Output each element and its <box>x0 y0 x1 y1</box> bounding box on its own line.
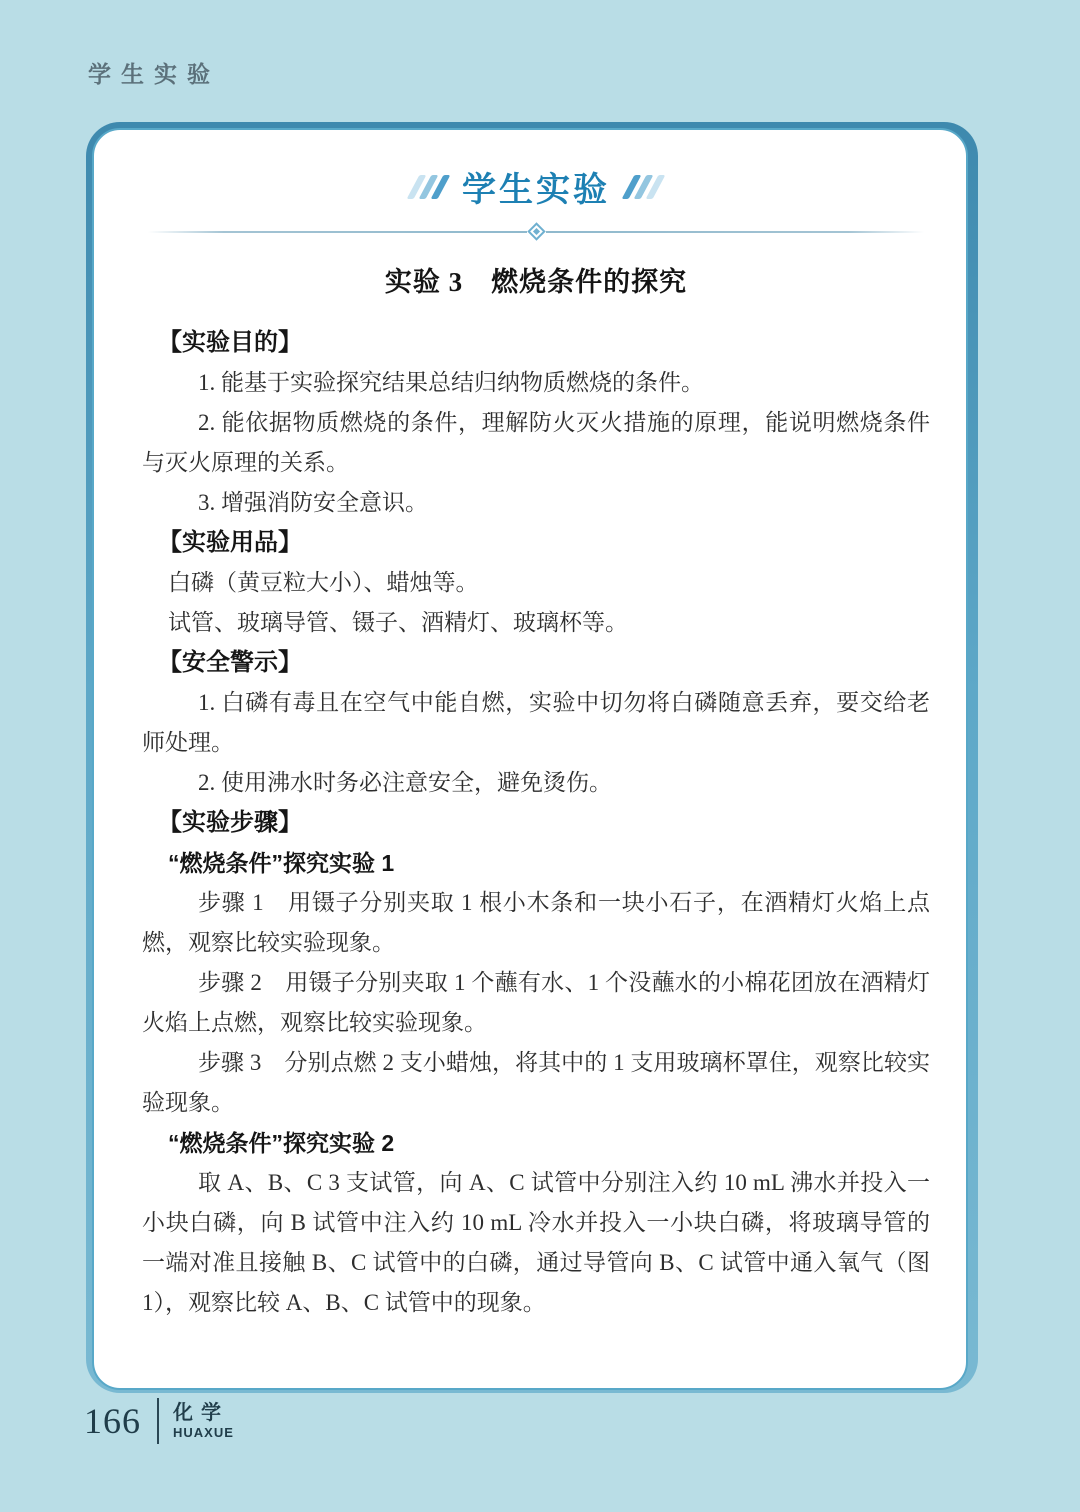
subsection-heading-exp1: “燃烧条件”探究实验 1 <box>168 843 930 883</box>
paragraph: 试管、玻璃导管、镊子、酒精灯、玻璃杯等。 <box>168 603 930 643</box>
card-content: 【实验目的】 1. 能基于实验探究结果总结归纳物质燃烧的条件。 2. 能依据物质… <box>142 323 930 1323</box>
banner-slashes-left-icon <box>413 175 444 199</box>
section-heading-safety: 【安全警示】 <box>158 643 930 683</box>
section-heading-supplies: 【实验用品】 <box>158 523 930 563</box>
diamond-inner-icon <box>532 228 539 235</box>
paragraph: 2. 能依据物质燃烧的条件，理解防火灭火措施的原理，能说明燃烧条件与灭火原理的关… <box>142 403 930 483</box>
banner-divider <box>148 225 924 238</box>
experiment-title: 实验 3 燃烧条件的探究 <box>142 260 930 299</box>
paragraph-exp2: 取 A、B、C 3 支试管，向 A、C 试管中分别注入约 10 mL 沸水并投入… <box>142 1163 930 1323</box>
page-number: 166 <box>84 1400 141 1442</box>
book-title: 化学 <box>173 1401 234 1425</box>
textbook-page: 学生实验 学生实验 实验 3 燃烧条件的探究 【实验目的】 1. <box>0 0 1080 1512</box>
paragraph: 1. 白磷有毒且在空气中能自燃，实验中切勿将白磷随意丢弃，要交给老师处理。 <box>142 683 930 763</box>
running-head: 学生实验 <box>88 56 220 89</box>
paragraph: 1. 能基于实验探究结果总结归纳物质燃烧的条件。 <box>142 363 930 403</box>
banner-title: 学生实验 <box>462 162 610 211</box>
paragraph-step3: 步骤 3 分别点燃 2 支小蜡烛，将其中的 1 支用玻璃杯罩住，观察比较实验现象… <box>142 1043 930 1123</box>
banner: 学生实验 <box>142 162 930 211</box>
divider-line <box>546 231 925 233</box>
paragraph: 白磷（黄豆粒大小）、蜡烛等。 <box>168 563 930 603</box>
experiment-card: 学生实验 实验 3 燃烧条件的探究 【实验目的】 1. 能基于实验探究结果总结归… <box>92 128 968 1390</box>
paragraph: 2. 使用沸水时务必注意安全，避免烫伤。 <box>142 763 930 803</box>
paragraph-step1: 步骤 1 用镊子分别夹取 1 根小木条和一块小石子，在酒精灯火焰上点燃，观察比较… <box>142 883 930 963</box>
page-footer: 166 化学 HUAXUE <box>84 1398 234 1444</box>
footer-divider <box>157 1398 159 1444</box>
card-body: 学生实验 实验 3 燃烧条件的探究 【实验目的】 1. 能基于实验探究结果总结归… <box>92 128 968 1390</box>
paragraph: 3. 增强消防安全意识。 <box>142 483 930 523</box>
section-heading-purpose: 【实验目的】 <box>158 323 930 363</box>
book-label: 化学 HUAXUE <box>173 1401 234 1441</box>
divider-line <box>148 231 527 233</box>
section-heading-steps: 【实验步骤】 <box>158 803 930 843</box>
book-subtitle: HUAXUE <box>173 1425 234 1441</box>
diamond-ornament-icon <box>527 222 545 240</box>
paragraph-step2: 步骤 2 用镊子分别夹取 1 个蘸有水、1 个没蘸水的小棉花团放在酒精灯火焰上点… <box>142 963 930 1043</box>
banner-slashes-right-icon <box>628 175 659 199</box>
subsection-heading-exp2: “燃烧条件”探究实验 2 <box>168 1123 930 1163</box>
